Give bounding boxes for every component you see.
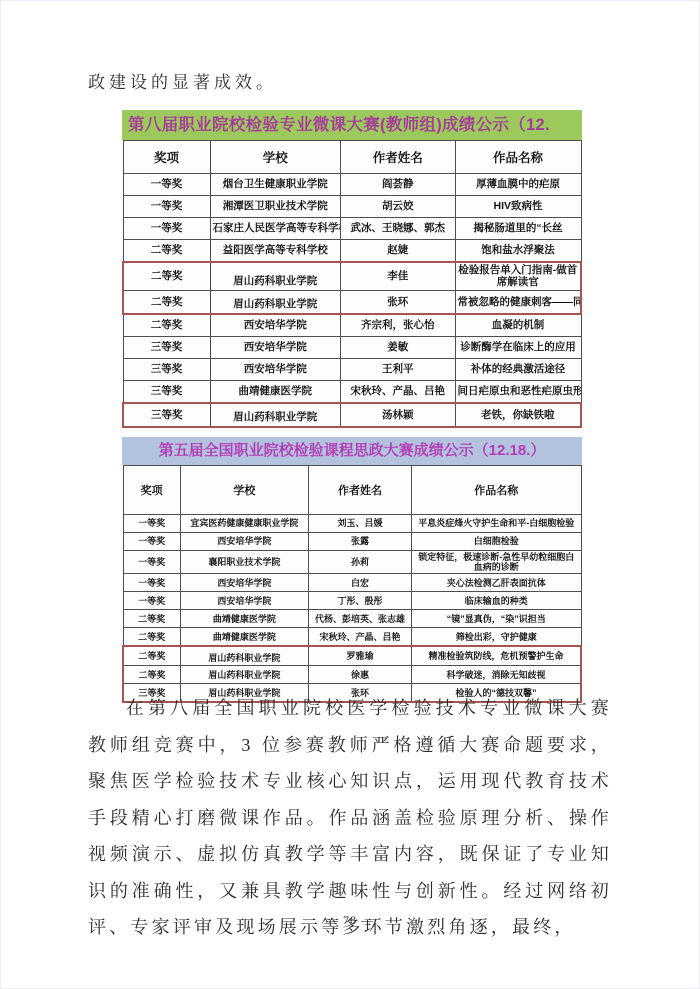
cell-author: 白宏 (308, 574, 411, 592)
table-header-row: 奖项学校作者姓名作品名称 (123, 141, 581, 174)
cell-work: HIV致病性 (455, 196, 581, 218)
cell-award: 二等奖 (123, 646, 180, 666)
table-row: 一等奖西安培华学院丁彤、殷彤临床输血的种类 (123, 592, 581, 610)
column-header: 作者姓名 (341, 141, 456, 174)
cell-author: 宋秋玲、产晶、吕艳 (308, 628, 411, 647)
cell-school: 西安培华学院 (210, 336, 341, 358)
cell-school: 曲靖健康医学院 (180, 610, 308, 628)
cell-award: 二等奖 (123, 262, 210, 290)
cell-award: 二等奖 (123, 628, 180, 647)
cell-work: 检验报告单入门指南-做首席解读官 (455, 262, 581, 290)
cell-work: 夹心法检测乙肝表面抗体 (412, 574, 581, 592)
table-row: 一等奖西安培华学院张露白细胞检验 (123, 532, 581, 550)
column-header: 奖项 (123, 465, 180, 514)
cell-author: 胡云姣 (341, 196, 456, 218)
weike-results-table: 奖项学校作者姓名作品名称一等奖烟台卫生健康职业学院阎荟静厚薄血膜中的疟原一等奖湘… (122, 140, 582, 428)
table-row: 一等奖襄阳职业技术学院孙莉锁定特征，极速诊断-急性早幼粒细胞白血病的诊断 (123, 550, 581, 574)
cell-author: 阎荟静 (341, 174, 456, 196)
table-row: 一等奖西安培华学院白宏夹心法检测乙肝表面抗体 (123, 574, 581, 592)
cell-work: 老铁，你缺铁啦 (455, 403, 581, 427)
page-number: — 78 — (0, 913, 700, 928)
table-row: 一等奖湘潭医卫职业技术学院胡云姣HIV致病性 (123, 196, 581, 218)
cell-school: 曲靖健康医学院 (180, 628, 308, 647)
table2-title: 第五届全国职业院校检验课程思政大赛成绩公示（12.18.） (122, 437, 582, 465)
cell-school: 宜宾医药健康健康职业学院 (180, 514, 308, 532)
table-row: 二等奖益阳医学高等专科学校赵婕饱和盐水浮聚法 (123, 240, 581, 263)
table-row: 二等奖西安培华学院齐宗利，张心怡血凝的机制 (123, 314, 581, 337)
cell-author: 徐惠 (308, 666, 411, 684)
column-header: 学校 (180, 465, 308, 514)
cell-work: 厚薄血膜中的疟原 (455, 174, 581, 196)
table-row: 二等奖曲靖健康医学院宋秋玲、产晶、吕艳筛检出彩，守护健康 (123, 628, 581, 647)
cell-award: 一等奖 (123, 174, 210, 196)
cell-school: 湘潭医卫职业技术学院 (210, 196, 341, 218)
table-row: 一等奖宜宾医药健康健康职业学院刘玉、吕媛平息炎症烽火守护生命和平-白细胞检验 (123, 514, 581, 532)
table-row: 三等奖西安培华学院姜敏诊断酶学在临床上的应用 (123, 336, 581, 358)
cell-award: 三等奖 (123, 358, 210, 380)
table1-title: 第八届职业院校检验专业微课大赛(教师组)成绩公示（12. (122, 110, 582, 140)
cell-school: 西安培华学院 (180, 592, 308, 610)
cell-work: “镜”显真伪，“染”识担当 (412, 610, 581, 628)
cell-school: 石家庄人民医学高等专科学校 (210, 218, 341, 240)
sizheng-results-table: 奖项学校作者姓名作品名称一等奖宜宾医药健康健康职业学院刘玉、吕媛平息炎症烽火守护… (122, 465, 582, 704)
cell-school: 眉山药科职业学院 (210, 262, 341, 290)
cell-author: 罗雅瑜 (308, 646, 411, 666)
cell-work: 常被忽略的健康刺客——同型 (455, 290, 581, 314)
cell-work: 临床输血的种类 (412, 592, 581, 610)
cell-school: 眉山药科职业学院 (180, 666, 308, 684)
body-paragraph: 在第八届全国职业院校医学检验技术专业微课大赛教师组竞赛中，3 位参赛教师严格遵循… (88, 690, 612, 946)
cell-school: 襄阳职业技术学院 (180, 550, 308, 574)
cell-work: 平息炎症烽火守护生命和平-白细胞检验 (412, 514, 581, 532)
cell-school: 烟台卫生健康职业学院 (210, 174, 341, 196)
cell-author: 丁彤、殷彤 (308, 592, 411, 610)
cell-award: 二等奖 (123, 666, 180, 684)
table-row: 一等奖烟台卫生健康职业学院阎荟静厚薄血膜中的疟原 (123, 174, 581, 196)
cell-work: 白细胞检验 (412, 532, 581, 550)
cell-award: 一等奖 (123, 550, 180, 574)
column-header: 作者姓名 (308, 465, 411, 514)
cell-award: 二等奖 (123, 240, 210, 263)
table-row: 三等奖西安培华学院王利平补体的经典激活途径 (123, 358, 581, 380)
cell-school: 西安培华学院 (210, 358, 341, 380)
column-header: 学校 (210, 141, 341, 174)
cell-work: 饱和盐水浮聚法 (455, 240, 581, 263)
cell-award: 三等奖 (123, 380, 210, 403)
cell-award: 一等奖 (123, 574, 180, 592)
results-screenshot: 第八届职业院校检验专业微课大赛(教师组)成绩公示（12. 奖项学校作者姓名作品名… (122, 110, 582, 703)
cell-author: 张露 (308, 532, 411, 550)
table-header-row: 奖项学校作者姓名作品名称 (123, 465, 581, 514)
document-page: 政建设的显著成效。 第八届职业院校检验专业微课大赛(教师组)成绩公示（12. 奖… (0, 0, 700, 989)
cell-award: 一等奖 (123, 532, 180, 550)
cell-award: 一等奖 (123, 196, 210, 218)
cell-work: 补体的经典激活途径 (455, 358, 581, 380)
cell-author: 代杨、彭培英、张志雄 (308, 610, 411, 628)
column-header: 作品名称 (412, 465, 581, 514)
cell-work: 血凝的机制 (455, 314, 581, 337)
cell-school: 眉山药科职业学院 (210, 290, 341, 314)
cell-author: 孙莉 (308, 550, 411, 574)
cell-award: 一等奖 (123, 218, 210, 240)
cell-school: 西安培华学院 (210, 314, 341, 337)
column-header: 奖项 (123, 141, 210, 174)
cell-school: 曲靖健康医学院 (210, 380, 341, 403)
cell-author: 武冰、王晓娜、郭杰 (341, 218, 456, 240)
cell-school: 西安培华学院 (180, 574, 308, 592)
table-row: 一等奖石家庄人民医学高等专科学校武冰、王晓娜、郭杰揭秘肠道里的“长丝 (123, 218, 581, 240)
table-row: 二等奖眉山药科职业学院徐惠科学破迷，消除无知歧视 (123, 666, 581, 684)
cell-author: 李佳 (341, 262, 456, 290)
cell-award: 二等奖 (123, 314, 210, 337)
table-row: 三等奖眉山药科职业学院汤林颖老铁，你缺铁啦 (123, 403, 581, 427)
cell-work: 揭秘肠道里的“长丝 (455, 218, 581, 240)
cell-school: 益阳医学高等专科学校 (210, 240, 341, 263)
cell-school: 眉山药科职业学院 (210, 403, 341, 427)
cell-award: 二等奖 (123, 610, 180, 628)
cell-work: 筛检出彩，守护健康 (412, 628, 581, 647)
table-row: 二等奖眉山药科职业学院罗雅瑜精准检验筑防线，危机预警护生命 (123, 646, 581, 666)
cell-work: 精准检验筑防线，危机预警护生命 (412, 646, 581, 666)
cell-school: 西安培华学院 (180, 532, 308, 550)
cell-author: 赵婕 (341, 240, 456, 263)
cell-work: 锁定特征，极速诊断-急性早幼粒细胞白血病的诊断 (412, 550, 581, 574)
column-header: 作品名称 (455, 141, 581, 174)
cell-author: 汤林颖 (341, 403, 456, 427)
table-row: 二等奖眉山药科职业学院李佳检验报告单入门指南-做首席解读官 (123, 262, 581, 290)
cell-author: 刘玉、吕媛 (308, 514, 411, 532)
cell-author: 王利平 (341, 358, 456, 380)
table-row: 二等奖曲靖健康医学院代杨、彭培英、张志雄“镜”显真伪，“染”识担当 (123, 610, 581, 628)
cell-award: 一等奖 (123, 592, 180, 610)
cell-author: 宋秋玲、产晶、吕艳 (341, 380, 456, 403)
cell-award: 二等奖 (123, 290, 210, 314)
cell-work: 诊断酶学在临床上的应用 (455, 336, 581, 358)
cell-award: 一等奖 (123, 514, 180, 532)
body-text-fragment: 政建设的显著成效。 (88, 68, 277, 93)
cell-work: 间日疟原虫和恶性疟原虫形 (455, 380, 581, 403)
cell-author: 张环 (341, 290, 456, 314)
cell-award: 三等奖 (123, 403, 210, 427)
cell-award: 三等奖 (123, 336, 210, 358)
table-row: 三等奖曲靖健康医学院宋秋玲、产晶、吕艳间日疟原虫和恶性疟原虫形 (123, 380, 581, 403)
cell-school: 眉山药科职业学院 (180, 646, 308, 666)
cell-work: 科学破迷，消除无知歧视 (412, 666, 581, 684)
table-row: 二等奖眉山药科职业学院张环常被忽略的健康刺客——同型 (123, 290, 581, 314)
cell-author: 齐宗利，张心怡 (341, 314, 456, 337)
cell-author: 姜敏 (341, 336, 456, 358)
